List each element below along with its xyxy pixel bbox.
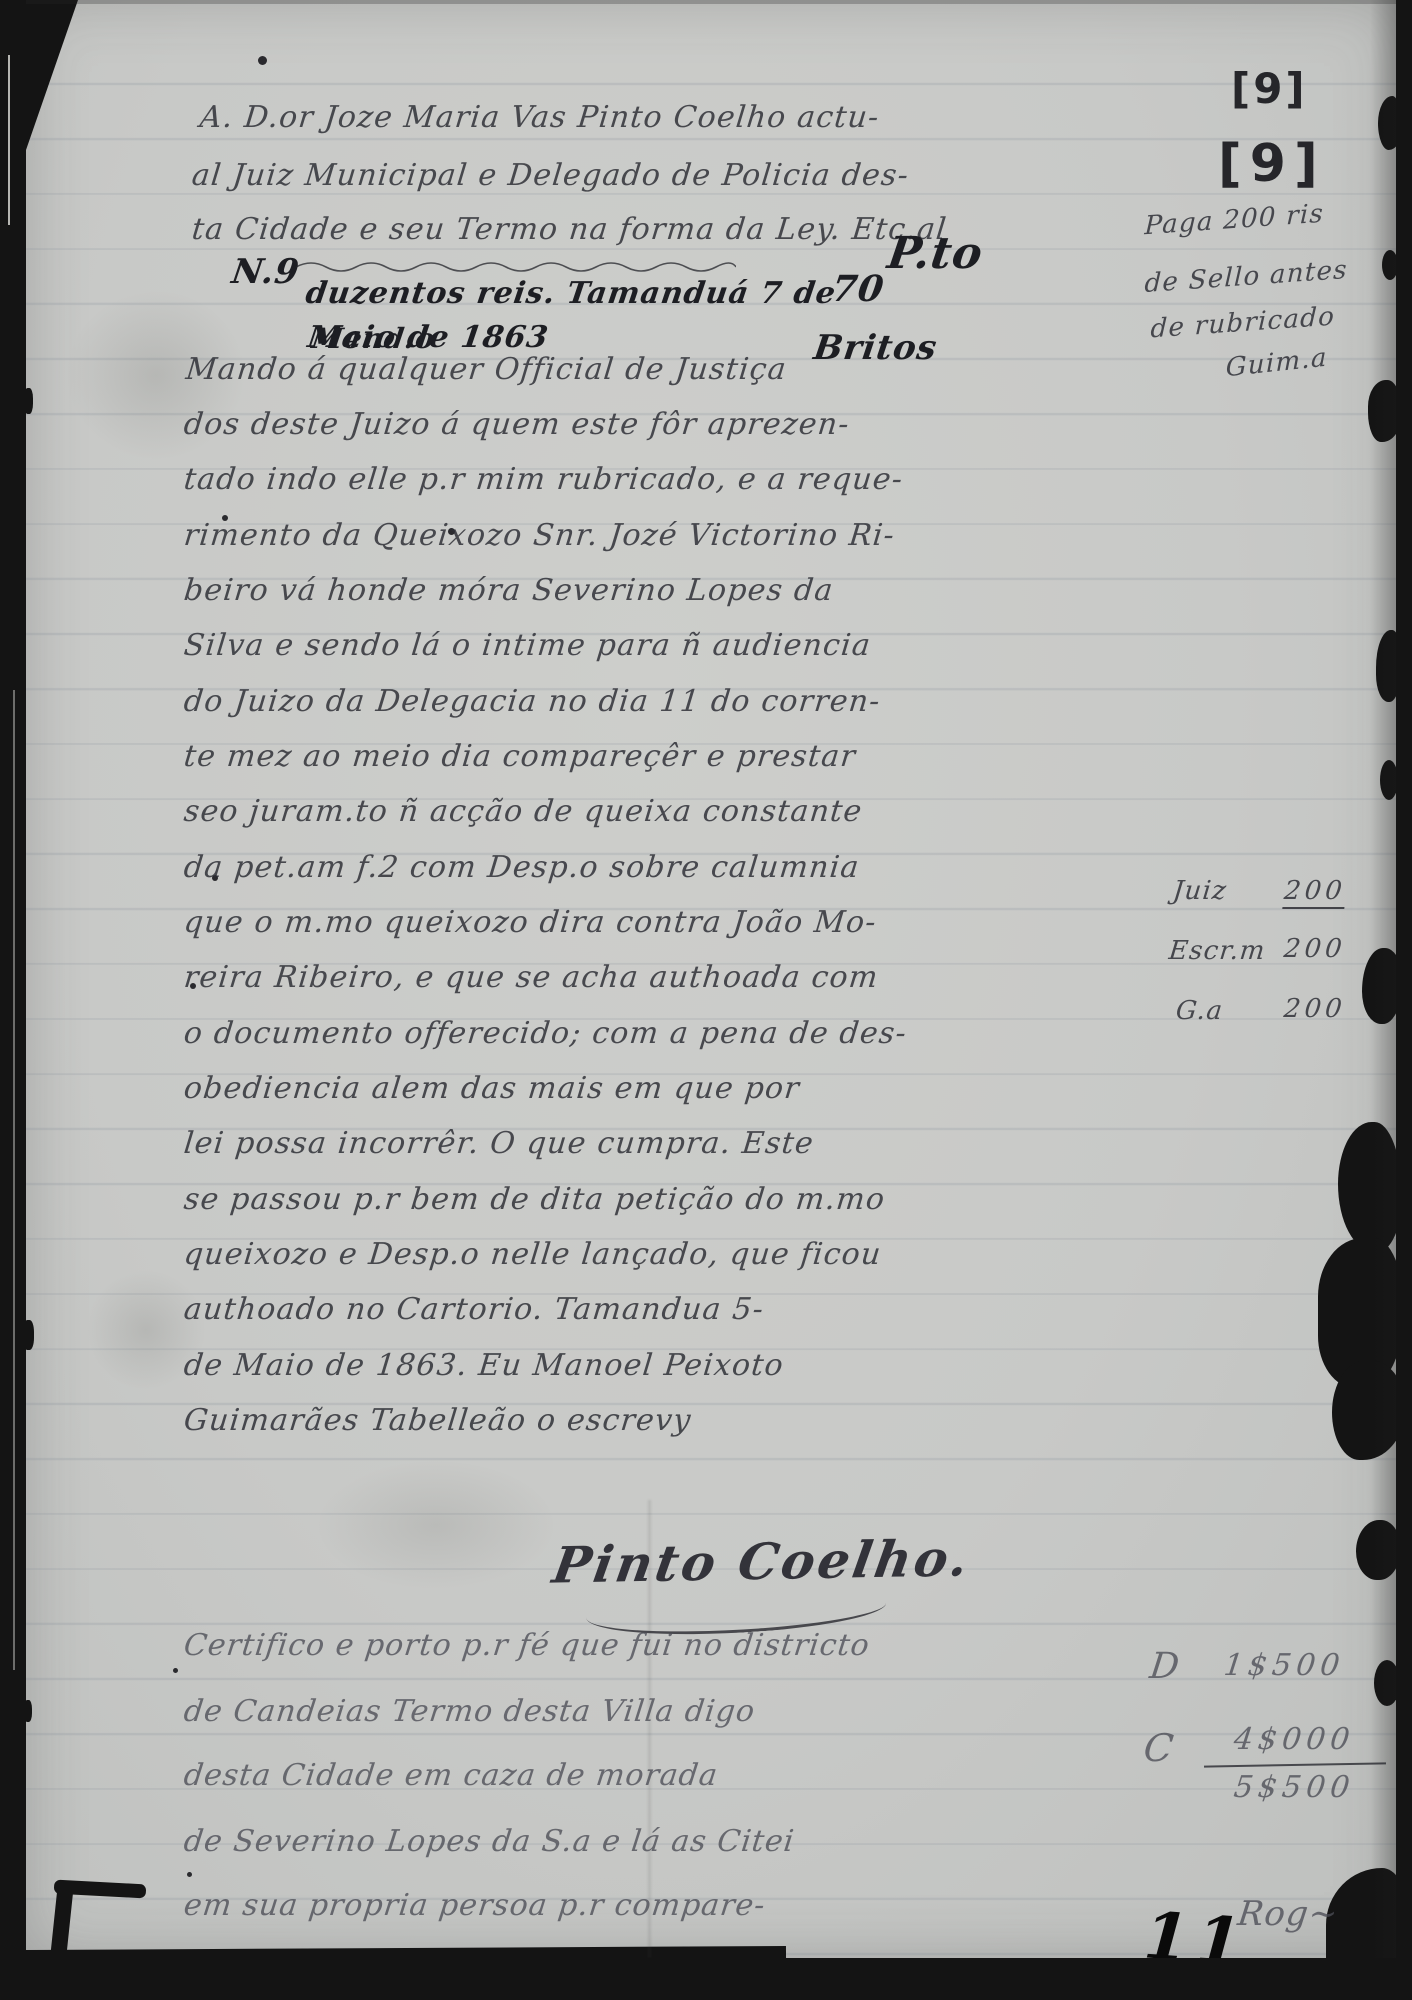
body-line: reira Ribeiro, e que se acha authoada co…: [182, 960, 880, 995]
cost-note-value: 200: [1282, 876, 1347, 909]
ink-dot: [187, 1872, 192, 1877]
account-value: 4$000: [1232, 1722, 1357, 1757]
cost-note-value: 200: [1282, 994, 1347, 1024]
body-line: queixozo e Desp.o nelle lançado, que fic…: [182, 1237, 883, 1272]
bottom-edge-bump: [26, 1946, 786, 1958]
certificate-line: de Severino Lopes da S.a e lá as Citei: [182, 1824, 797, 1859]
body-line: do Juizo da Delegacia no dia 11 do corre…: [182, 684, 882, 719]
header-line: al Juiz Municipal e Delegado de Policia …: [190, 158, 911, 193]
header-line: A. D.or Joze Maria Vas Pinto Coelho actu…: [198, 100, 881, 135]
account-rubric: Rog~: [1236, 1894, 1341, 1934]
body-line: te mez ao meio dia compareçêr e prestar: [182, 739, 858, 774]
edge-nick: [26, 1320, 34, 1350]
film-edge-line: [13, 690, 15, 1670]
account-label: C: [1141, 1726, 1176, 1770]
account-label: D: [1147, 1646, 1182, 1687]
body-line: o documento offerecido; com a pena de de…: [182, 1016, 909, 1051]
margin-fee-note-line: de rubricado: [1150, 302, 1336, 345]
docket-rubric: Britos: [811, 328, 940, 368]
margin-fee-note-line: de Sello antes: [1144, 255, 1348, 299]
body-line: lei possa incorrêr. O que cumpra. Este: [182, 1126, 816, 1161]
handwritten-page-number: [9]: [1218, 134, 1326, 194]
body-line: rimento da Queixozo Snr. Jozé Victorino …: [182, 518, 897, 553]
cost-note-value: 200: [1282, 934, 1347, 964]
certificate-line: em sua propria persoa p.r compare-: [182, 1888, 768, 1923]
body-line: authoado no Cartorio. Tamandua 5-: [182, 1292, 766, 1327]
margin-fee-note-line: Paga 200 ris: [1144, 199, 1325, 241]
margin-rubric: Guim.a: [1226, 343, 1328, 383]
body-line: seo juram.to ñ acção de queixa constante: [182, 794, 864, 829]
certificate-line: desta Cidade em caza de morada: [182, 1758, 720, 1793]
body-line: de Maio de 1863. Eu Manoel Peixoto: [182, 1348, 786, 1383]
edge-nick: [26, 388, 33, 414]
cost-note-label: Juiz: [1171, 876, 1228, 906]
bottom-ink-mark: 11: [1142, 1898, 1252, 1958]
docket-wavy-line: [296, 258, 736, 274]
certificate-line: de Candeias Termo desta Villa digo: [182, 1694, 757, 1729]
body-line: da pet.am f.2 com Desp.o sobre calumnia: [182, 850, 861, 885]
edge-shading: [1370, 0, 1396, 1958]
edge-nick: [26, 1700, 32, 1722]
body-line: se passou p.r bem de dita petição do m.m…: [182, 1182, 887, 1217]
docket-number: N.9: [229, 252, 302, 292]
cost-note-label: Escr.m: [1167, 936, 1267, 966]
manuscript-page: [9] [9] A. D.or Joze Maria Vas Pinto Coe…: [26, 0, 1396, 1958]
body-line: Guimarães Tabelleão o escrevy: [182, 1403, 693, 1438]
body-line: obediencia alem das mais em que por: [182, 1071, 802, 1106]
body-line: beiro vá honde móra Severino Lopes da: [182, 573, 835, 608]
scanned-manuscript-photo: { "stamps": { "printed_page_number": "[9…: [0, 0, 1412, 2000]
body-line: Silva e sendo lá o intime para ñ audienc…: [182, 628, 873, 663]
body-line: que o m.mo queixozo dira contra João Mo-: [182, 905, 878, 940]
ink-dot: [258, 56, 267, 65]
judge-signature: Pinto Coelho.: [549, 1528, 976, 1594]
film-edge-line: [8, 55, 10, 225]
account-total: 5$500: [1232, 1770, 1357, 1805]
body-line: Mando á qualquer Official de Justiça: [184, 352, 789, 387]
printed-page-number-stamp: [9]: [1231, 64, 1308, 113]
body-line: tado indo elle p.r mim rubricado, e a re…: [182, 462, 905, 497]
paper-stain: [316, 1460, 556, 1590]
account-value: 1$500: [1222, 1648, 1347, 1683]
torn-corner-mark: [26, 0, 78, 150]
bottom-left-mark: [50, 1881, 74, 1958]
body-line: dos deste Juizo á quem este fôr aprezen-: [182, 407, 851, 442]
certificate-line: Certifico e porto p.r fé que fui no dist…: [182, 1628, 872, 1663]
cost-note-label: G.a: [1174, 996, 1224, 1026]
ink-dot: [173, 1668, 178, 1673]
docket-fee-text: duzentos reis. Tamanduá 7 de: [304, 276, 839, 311]
header-line: ta Cidade e seu Termo na forma da Ley. E…: [190, 212, 949, 247]
docket-kind: Mend.o: [310, 322, 438, 355]
account-sum-rule: [1204, 1762, 1386, 1767]
docket-overlay-rubric: P.to: [884, 228, 986, 279]
docket-overlay-number: 70: [829, 268, 887, 310]
